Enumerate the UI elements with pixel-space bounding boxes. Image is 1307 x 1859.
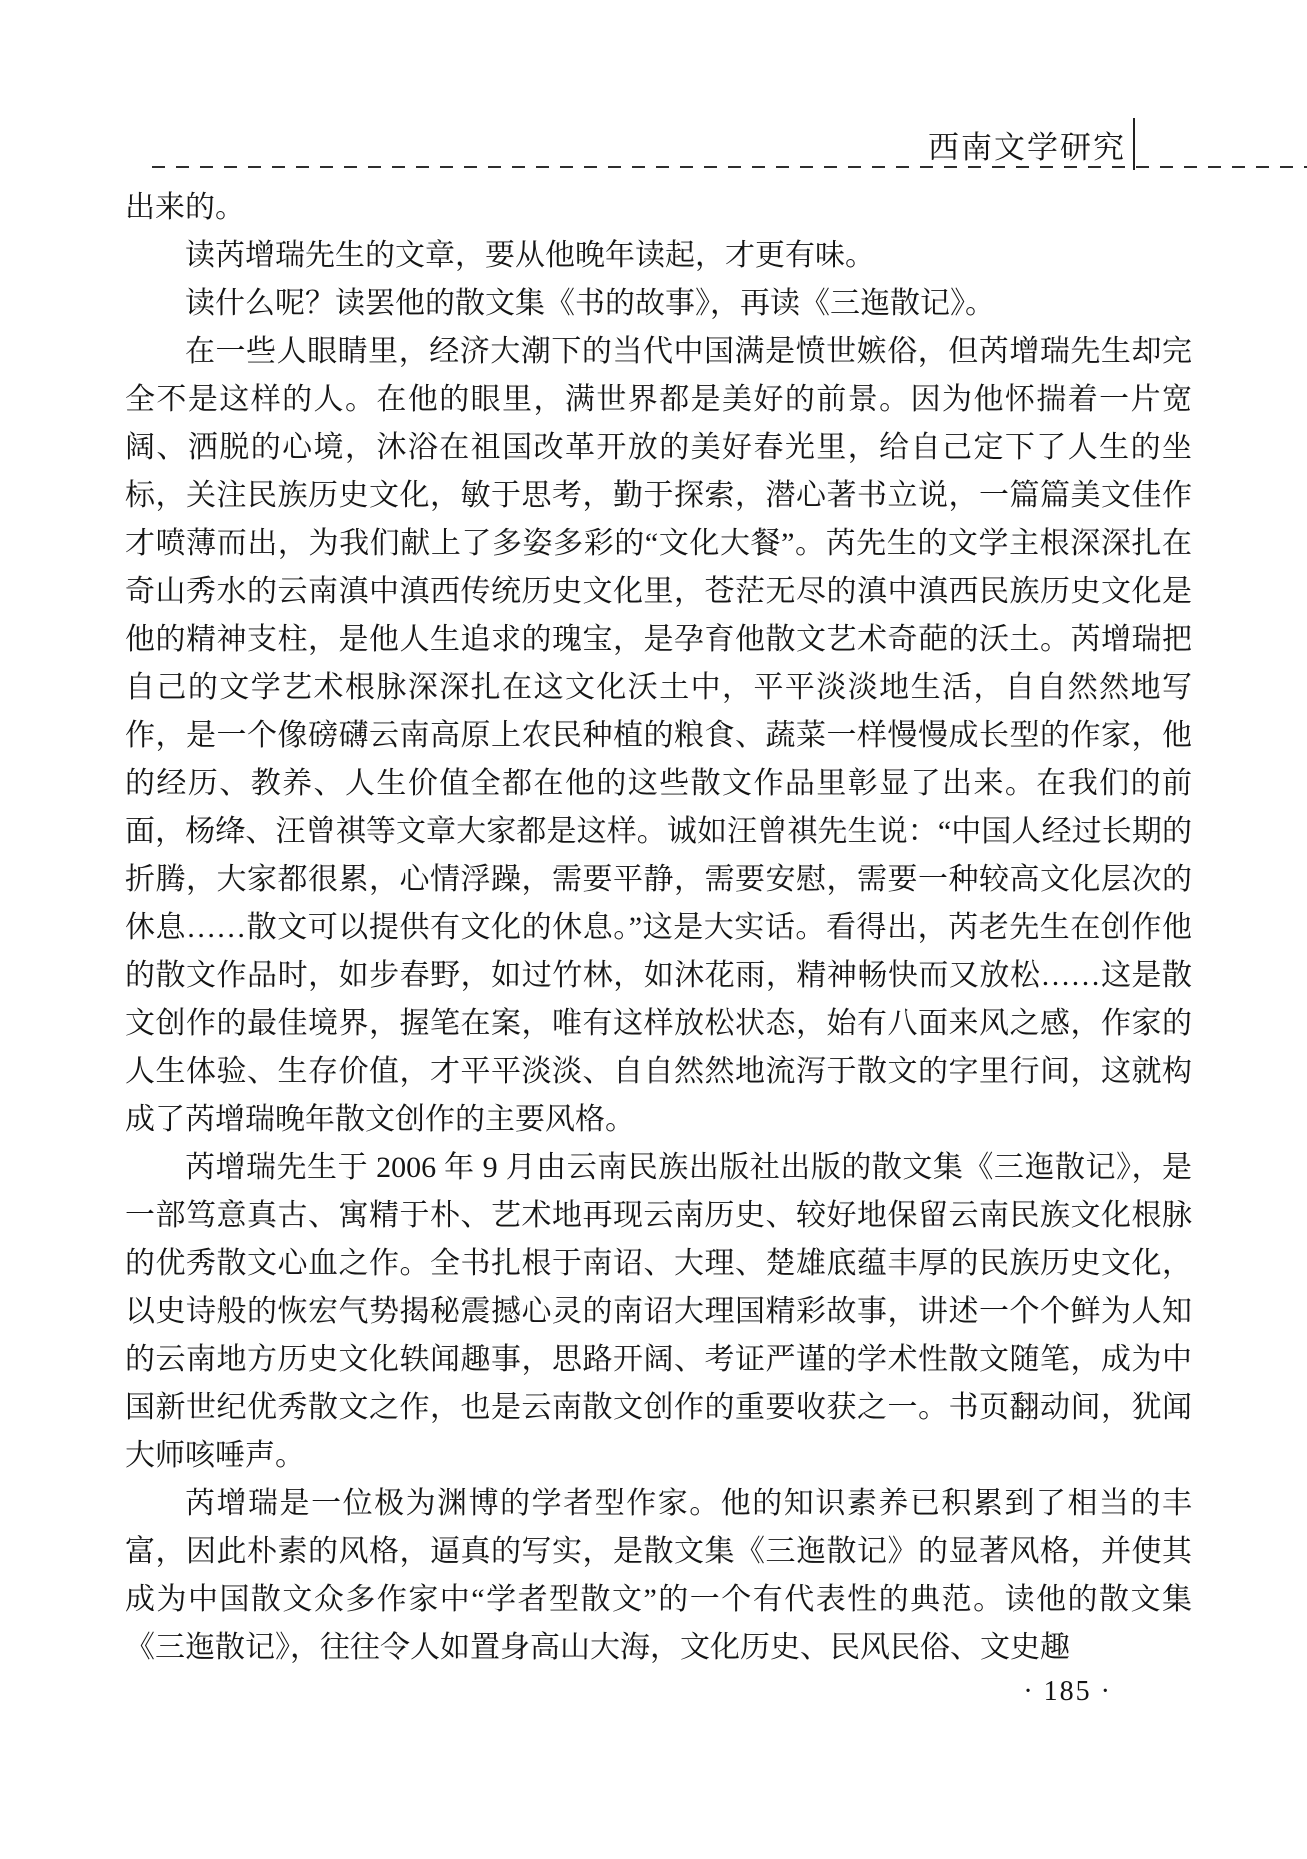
paragraph: 读什么呢？读罢他的散文集《书的故事》，再读《三迤散记》。 [125, 280, 1192, 328]
paragraph: 芮增瑞先生于 2006 年 9 月由云南民族出版社出版的散文集《三迤散记》，是一… [125, 1144, 1192, 1480]
page-header-title: 西南文学研究 [0, 122, 1126, 167]
paragraph: 在一些人眼睛里，经济大潮下的当代中国满是愤世嫉俗，但芮增瑞先生却完全不是这样的人… [125, 328, 1192, 1144]
header-vertical-rule [1133, 118, 1135, 170]
document-page: 西南文学研究 出来的。 读芮增瑞先生的文章，要从他晚年读起，才更有味。 读什么呢… [0, 0, 1307, 1859]
paragraph: 出来的。 [125, 184, 1192, 232]
page-number: · 185 · [125, 1676, 1192, 1708]
paragraph: 读芮增瑞先生的文章，要从他晚年读起，才更有味。 [125, 232, 1192, 280]
header-dashed-divider [152, 166, 1307, 168]
paragraph: 芮增瑞是一位极为渊博的学者型作家。他的知识素养已积累到了相当的丰富，因此朴素的风… [125, 1480, 1192, 1672]
body-text: 出来的。 读芮增瑞先生的文章，要从他晚年读起，才更有味。 读什么呢？读罢他的散文… [125, 184, 1192, 1672]
